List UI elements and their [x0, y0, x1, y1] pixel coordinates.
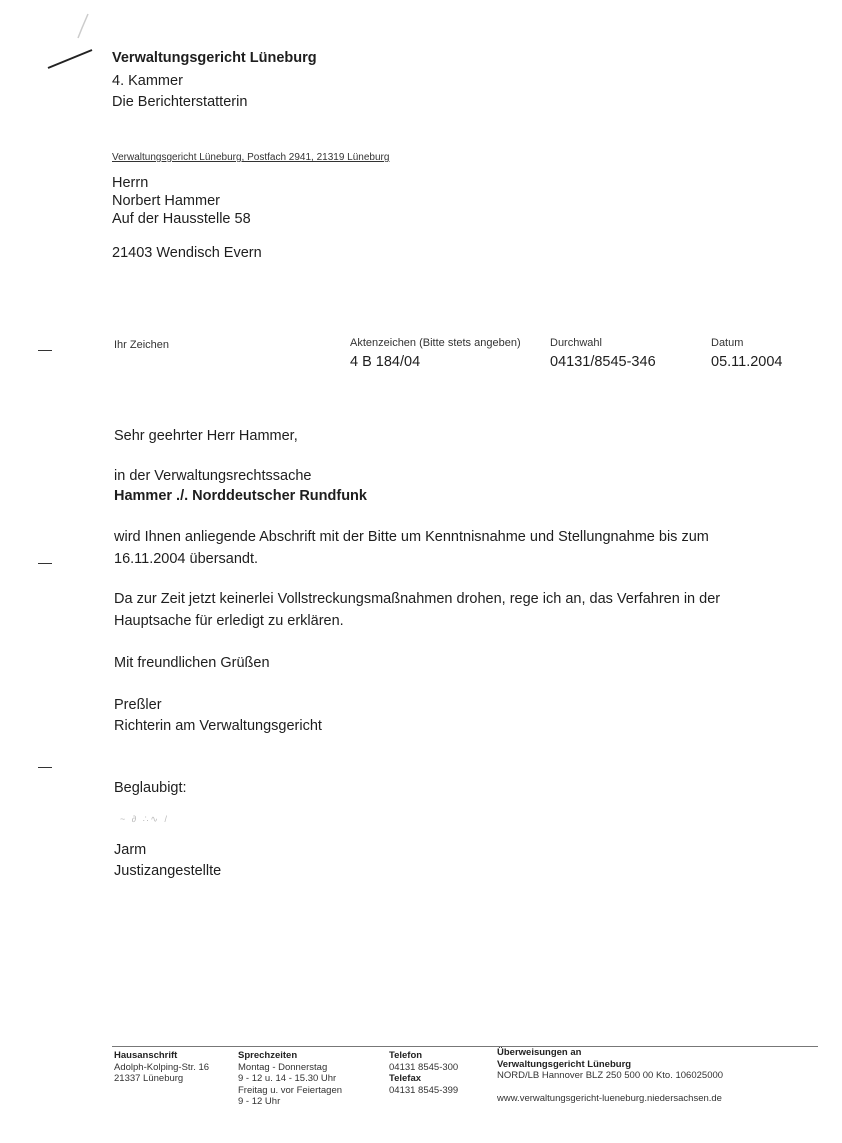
paragraph-1-line-1: wird Ihnen anliegende Abschrift mit der …	[114, 527, 709, 547]
case-intro: in der Verwaltungsrechtssache	[114, 466, 311, 486]
footer-hours-line: Montag - Donnerstag	[238, 1062, 342, 1074]
fold-mark	[38, 767, 52, 768]
certifier-name: Jarm	[114, 840, 146, 860]
signer-name: Preßler	[114, 695, 162, 715]
greeting: Sehr geehrter Herr Hammer,	[114, 426, 298, 446]
fold-mark	[38, 350, 52, 351]
footer-bank-details: NORD/LB Hannover BLZ 250 500 00 Kto. 106…	[497, 1070, 723, 1082]
footer-hours-line: 9 - 12 Uhr	[238, 1096, 342, 1108]
extension: 04131/8545-346	[550, 352, 656, 372]
footer-transfer-recipient: Verwaltungsgericht Lüneburg	[497, 1059, 723, 1071]
footer-address-heading: Hausanschrift	[114, 1050, 209, 1062]
role: Die Berichterstatterin	[112, 92, 247, 112]
case-title: Hammer ./. Norddeutscher Rundfunk	[114, 486, 367, 506]
footer-contact: Telefon 04131 8545-300 Telefax 04131 854…	[389, 1050, 458, 1096]
footer-hours-heading: Sprechzeiten	[238, 1050, 342, 1062]
recipient-name: Norbert Hammer	[112, 191, 220, 211]
recipient-salutation: Herrn	[112, 173, 148, 193]
footer-hours: Sprechzeiten Montag - Donnerstag 9 - 12 …	[238, 1050, 342, 1108]
footer-phone-heading: Telefon	[389, 1050, 458, 1062]
paragraph-1-line-2: 16.11.2004 übersandt.	[114, 549, 258, 569]
footer-address: Hausanschrift Adolph-Kolping-Str. 16 213…	[114, 1050, 209, 1085]
extension-label: Durchwahl	[550, 337, 602, 349]
footer-hours-line: 9 - 12 u. 14 - 15.30 Uhr	[238, 1073, 342, 1085]
footer-address-line: 21337 Lüneburg	[114, 1073, 209, 1085]
signature-mark: ~ ∂ ∴∿ /	[120, 814, 169, 825]
footer-fax-heading: Telefax	[389, 1073, 458, 1085]
recipient-city: 21403 Wendisch Evern	[112, 243, 262, 263]
faint-scan-mark	[58, 8, 98, 48]
paragraph-2-line-1: Da zur Zeit jetzt keinerlei Vollstreckun…	[114, 589, 720, 609]
sender-return-address: Verwaltungsgericht Lüneburg, Postfach 29…	[112, 152, 389, 163]
certifier-title: Justizangestellte	[114, 861, 221, 881]
footer-hours-line: Freitag u. vor Feiertagen	[238, 1085, 342, 1097]
file-number: 4 B 184/04	[350, 352, 420, 372]
certified-label: Beglaubigt:	[114, 778, 187, 798]
paragraph-2-line-2: Hauptsache für erledigt zu erklären.	[114, 611, 344, 631]
date-label: Datum	[711, 337, 743, 349]
file-number-label: Aktenzeichen (Bitte stets angeben)	[350, 337, 521, 349]
chamber: 4. Kammer	[112, 71, 183, 91]
footer-website[interactable]: www.verwaltungsgericht-lueneburg.nieders…	[497, 1093, 722, 1105]
date: 05.11.2004	[711, 352, 783, 372]
footer-bank: Überweisungen an Verwaltungsgericht Lüne…	[497, 1047, 723, 1082]
footer-phone: 04131 8545-300	[389, 1062, 458, 1074]
footer-transfer-heading: Überweisungen an	[497, 1047, 723, 1059]
closing: Mit freundlichen Grüßen	[114, 653, 270, 673]
your-sign-label: Ihr Zeichen	[114, 339, 169, 351]
court-name: Verwaltungsgericht Lüneburg	[112, 50, 317, 66]
footer-fax: 04131 8545-399	[389, 1085, 458, 1097]
footer-address-line: Adolph-Kolping-Str. 16	[114, 1062, 209, 1074]
fold-mark	[38, 563, 52, 564]
recipient-street: Auf der Hausstelle 58	[112, 209, 251, 229]
signer-title: Richterin am Verwaltungsgericht	[114, 716, 322, 736]
